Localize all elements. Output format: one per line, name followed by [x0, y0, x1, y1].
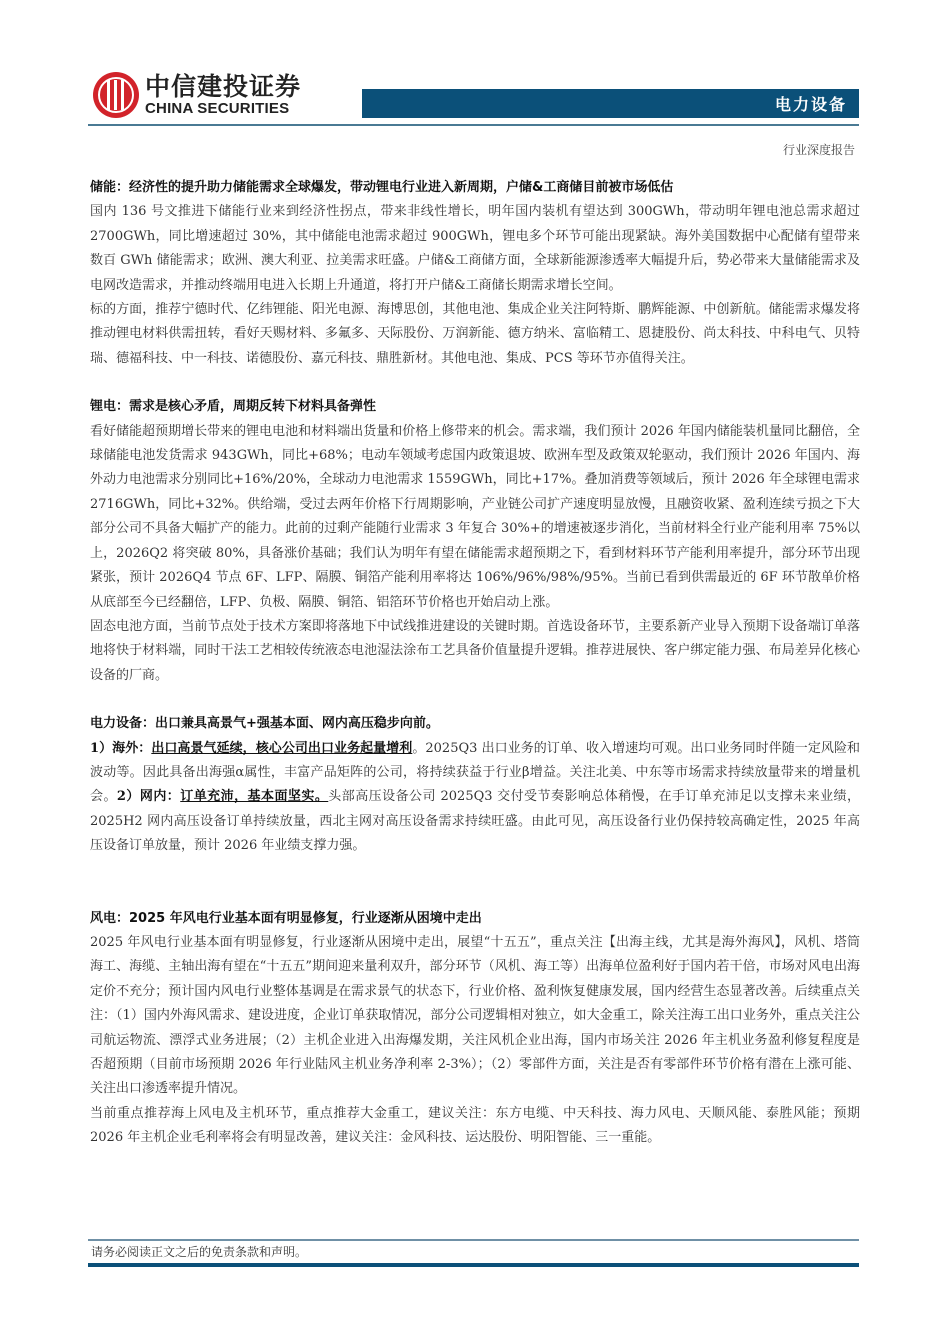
paragraph: 2025 年风电行业基本面有明显修复，行业逐渐从困境中走出，展望“十五五”，重点… — [90, 931, 860, 1102]
section-title-power-equipment: 电力设备：出口兼具高景气+强基本面、网内高压稳步向前。 — [90, 712, 860, 736]
paragraph: 标的方面，推荐宁德时代、亿纬锂能、阳光电源、海博思创，其他电池、集成企业关注阿特… — [90, 298, 860, 371]
domestic-label: 2）网内： — [117, 789, 180, 804]
header-divider — [88, 124, 859, 126]
footer-divider — [88, 1239, 859, 1241]
logo-chinese-name: 中信建投证券 — [145, 73, 301, 101]
section-title-wind-power: 风电：2025 年风电行业基本面有明显修复，行业逐渐从困境中走出 — [90, 907, 860, 931]
section-title-lithium-battery: 锂电：需求是核心矛盾，周期反转下材料具备弹性 — [90, 395, 860, 419]
page-header: 中信建投证券 CHINA SECURITIES 电力设备 行业深度报告 — [0, 0, 950, 170]
paragraph: 固态电池方面，当前节点处于技术方案即将落地下中试线推进建设的关键时期。首选设备环… — [90, 615, 860, 688]
overseas-highlight: 出口高景气延续，核心公司出口业务起量增利 — [151, 741, 412, 756]
industry-title: 电力设备 — [775, 92, 847, 115]
report-body: 储能：经济性的提升助力储能需求全球爆发，带动锂电行业进入新周期，户储&工商储目前… — [90, 176, 860, 1151]
domestic-highlight: 订单充沛，基本面坚实。 — [180, 789, 328, 804]
paragraph: 看好储能超预期增长带来的锂电电池和材料端出货量和价格上修带来的机会。需求端，我们… — [90, 420, 860, 615]
section-title-energy-storage: 储能：经济性的提升助力储能需求全球爆发，带动锂电行业进入新周期，户储&工商储目前… — [90, 176, 860, 200]
overseas-label: 1）海外： — [90, 741, 151, 756]
footer-bar — [88, 1263, 859, 1267]
paragraph: 国内 136 号文推进下储能行业来到经济性拐点，带来非线性增长，明年国内装机有望… — [90, 200, 860, 298]
report-type-label: 行业深度报告 — [783, 141, 855, 158]
china-securities-emblem-icon — [93, 72, 139, 118]
paragraph: 当前重点推荐海上风电及主机环节，重点推荐大金重工，建议关注：东方电缆、中天科技、… — [90, 1102, 860, 1151]
industry-banner: 电力设备 — [362, 89, 859, 118]
company-logo: 中信建投证券 CHINA SECURITIES — [93, 72, 301, 118]
disclaimer-notice: 请务必阅读正文之后的免责条款和声明。 — [91, 1243, 307, 1260]
logo-english-name: CHINA SECURITIES — [145, 101, 301, 117]
paragraph: 1）海外：出口高景气延续，核心公司出口业务起量增利。2025Q3 出口业务的订单… — [90, 737, 860, 859]
